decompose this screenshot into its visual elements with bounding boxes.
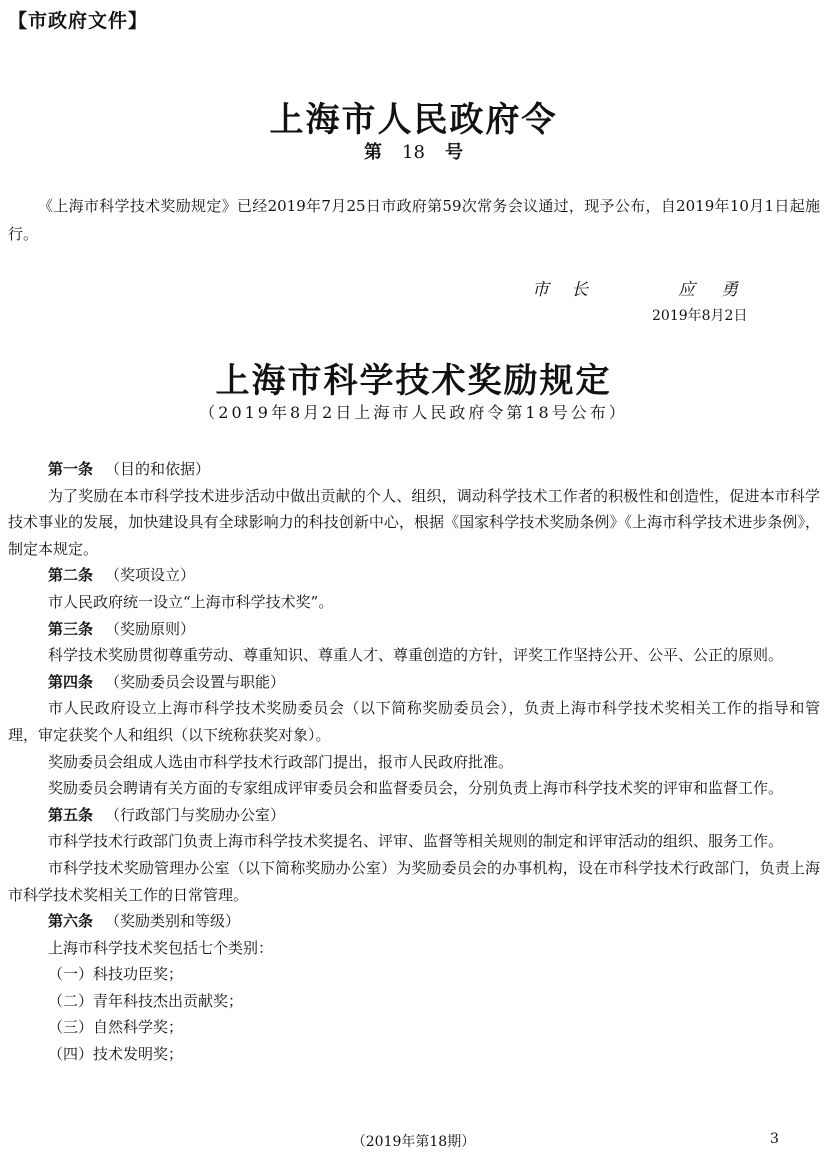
award-category-item: （三）自然科学奖； [8,1014,820,1041]
order-number-prefix: 第 [364,142,382,163]
article-label: 第三条 [48,620,93,638]
article-paragraph: 上海市科学技术奖包括七个类别： [8,935,820,962]
article-title: （奖励类别和等级） [105,912,240,930]
article-title: （奖项设立） [105,566,195,584]
signature-name-char: 应 [678,280,695,300]
award-category-item: （一）科技功臣奖； [8,961,820,988]
order-number-suffix: 号 [445,142,463,163]
article-title: （行政部门与奖励办公室） [105,806,285,824]
article-heading: 第三条（奖励原则） [8,616,820,643]
article-paragraph: 奖励委员会组成人选由市科学技术行政部门提出，报市人民政府批准。 [8,749,820,776]
order-number-value: 18 [402,142,425,163]
regulation-title: 上海市科学技术奖励规定 [0,353,827,402]
article-heading: 第四条（奖励委员会设置与职能） [8,669,820,696]
signature-date: 2019年8月2日 [652,305,747,325]
signature-name-char: 勇 [721,280,738,300]
article-title: （奖励原则） [105,620,195,638]
footer-issue-number: （2019年第18期） [0,1131,827,1151]
article-label: 第五条 [48,806,93,824]
promulgation-paragraph: 《上海市科学技术奖励规定》已经2019年7月25日市政府第59次常务会议通过，现… [8,192,820,248]
article-paragraph: 市人民政府设立上海市科学技术奖励委员会（以下简称奖励委员会），负责上海市科学技术… [8,695,820,748]
article-heading: 第一条（目的和依据） [8,456,820,483]
order-title: 上海市人民政府令 [0,92,827,141]
article-label: 第六条 [48,912,93,930]
article-paragraph: 科学技术奖励贯彻尊重劳动、尊重知识、尊重人才、尊重创造的方针，评奖工作坚持公开、… [8,642,820,669]
article-label: 第二条 [48,566,93,584]
article-heading: 第二条（奖项设立） [8,562,820,589]
signature-title-char: 长 [571,280,588,300]
article-paragraph: 为了奖励在本市科学技术进步活动中做出贡献的个人、组织，调动科学技术工作者的积极性… [8,483,820,563]
article-heading: 第六条（奖励类别和等级） [8,908,820,935]
document-category-tag: 【市政府文件】 [8,6,148,33]
signature-title-char: 市 [532,280,549,300]
order-number: 第18号 [0,138,827,164]
regulation-subtitle: （2019年8月2日上海市人民政府令第18号公布） [0,400,827,423]
award-category-item: （四）技术发明奖； [8,1041,820,1068]
article-title: （目的和依据） [105,460,210,478]
article-label: 第四条 [48,673,93,691]
article-heading: 第五条（行政部门与奖励办公室） [8,802,820,829]
article-paragraph: 市科学技术奖励管理办公室（以下简称奖励办公室）为奖励委员会的办事机构，设在市科学… [8,855,820,908]
article-paragraph: 市人民政府统一设立“上海市科学技术奖”。 [8,589,820,616]
regulation-body: 第一条（目的和依据） 为了奖励在本市科学技术进步活动中做出贡献的个人、组织，调动… [8,456,820,1068]
article-paragraph: 市科学技术行政部门负责上海市科学技术奖提名、评审、监督等相关规则的制定和评审活动… [8,828,820,855]
article-title: （奖励委员会设置与职能） [105,673,285,691]
article-paragraph: 奖励委员会聘请有关方面的专家组成评审委员会和监督委员会，分别负责上海市科学技术奖… [8,775,820,802]
signature-name: 应勇 [678,275,764,300]
signature-title: 市长 [532,275,610,300]
award-category-item: （二）青年科技杰出贡献奖； [8,988,820,1015]
page-number: 3 [770,1131,779,1147]
article-label: 第一条 [48,460,93,478]
